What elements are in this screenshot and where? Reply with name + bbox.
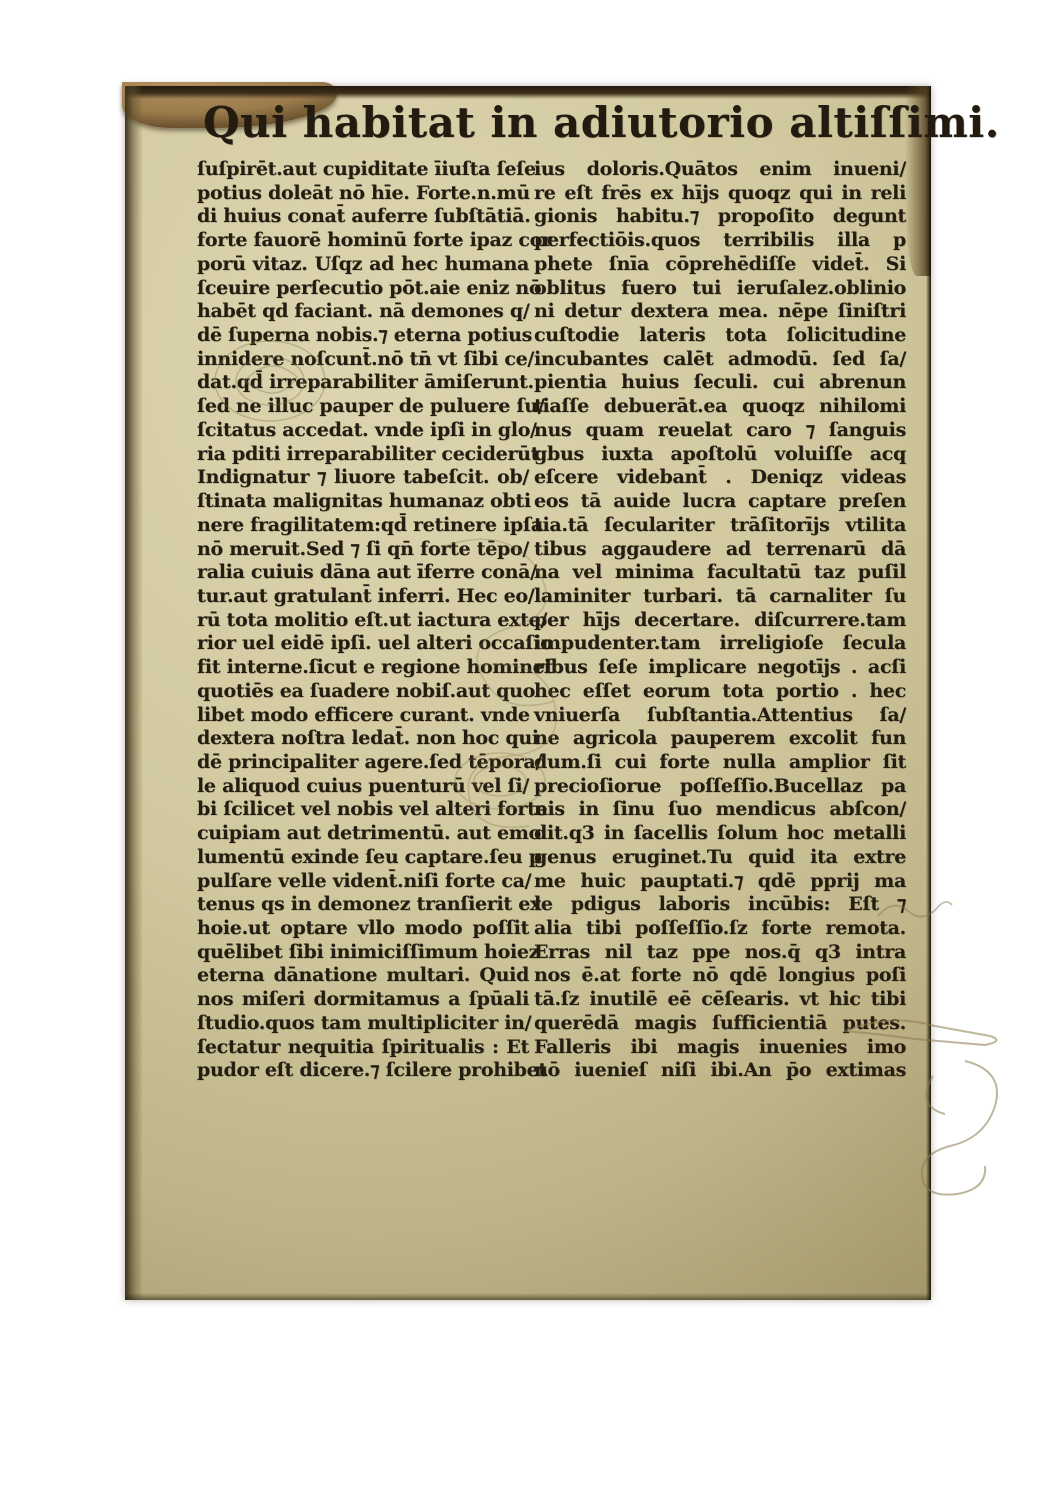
gutter-shadow	[125, 86, 143, 1300]
text-line: ſceuire perſecutio pōt.aie eniz nō	[197, 277, 529, 301]
text-line: genus eruginet.Tu quid ita extre	[534, 846, 906, 870]
text-line: perfectiōis.quos terribilis illa p	[534, 229, 906, 253]
text-line: ſcitatus accedat. vnde ipſi in glo/	[197, 419, 529, 443]
text-line: phete ſnīa cōprehēdiſſe videt̄. Si	[534, 253, 906, 277]
text-line: oblitus fuero tui ieruſalez.oblinio	[534, 277, 906, 301]
text-line: ni detur dextera mea. nēpe ſiniſtri	[534, 300, 906, 324]
text-line: Erras nil taz ppe nos.q̄ q3 intra	[534, 941, 906, 965]
text-line: precioſiorue poſſeſſio.Bucellaz pa	[534, 775, 906, 799]
text-line: re eſt frēs ex hījs quoqz qui in reli	[534, 182, 906, 206]
text-line: lumentū exinde ſeu captare.ſeu p	[197, 846, 529, 870]
text-line: tiaſſe debuerāt.ea quoqz nihilomi	[534, 395, 906, 419]
text-line: nis in ſinu ſuo mendicus abſcon/	[534, 798, 906, 822]
text-line: nō meruit.Sed ⁊ ſi qn̄ forte tēpo/	[197, 538, 529, 562]
text-line: na vel minima facultatū taz puſil	[534, 561, 906, 585]
text-line: innidere noſcunt̄.nō tn̄ vt ſibi ce/	[197, 348, 529, 372]
text-line: laminiter turbari. tā carnaliter ſu	[534, 585, 906, 609]
text-line: di huius conat̄ auferre ſubſtātiā.	[197, 205, 529, 229]
text-line: quēlibet ſibi inimiciſſimum hoiez	[197, 941, 529, 965]
text-line: ſtinata malignitas humanaz obti	[197, 490, 529, 514]
page-edge-right	[926, 86, 931, 1300]
text-line: incubantes calēt admodū. ſed ſa/	[534, 348, 906, 372]
text-line: ſectatur nequitia ſpiritualis : Et	[197, 1036, 529, 1060]
text-line: fit interne.ſicut e regione hominef	[197, 656, 529, 680]
page-edge-bottom	[125, 1293, 931, 1300]
page-title: Qui habitat in adiutorio altiſſimi.	[203, 98, 905, 147]
text-line: pientia huius ſeculi. cui abrenun	[534, 371, 906, 395]
text-line: Indignatur ⁊ liuore tabeſcit. ob/	[197, 466, 529, 490]
text-line: nō iuenieſ niſi ibi.An p̄o extimas	[534, 1059, 906, 1083]
text-line: pudor eſt dicere.⁊ ſcilere prohibet	[197, 1059, 529, 1083]
text-line: le pdigus laboris incūbis: Eſt ⁊	[534, 893, 906, 917]
text-line: dum.ſi cui forte nulla amplior ſit	[534, 751, 906, 775]
text-line: rior uel eidē ipſi. uel alteri occaſio	[197, 632, 529, 656]
text-line: impudenter.tam irreligioſe ſecula	[534, 632, 906, 656]
text-line: eos tā auide lucra captare preſen	[534, 490, 906, 514]
text-column-left: ſuſpirēt.aut cupiditate īiuſta ſeſepotiu…	[197, 158, 529, 1083]
text-line: nos ē.at forte nō qdē longius poſi	[534, 964, 906, 988]
text-line: dat.qd̄ irreparabiliter āmiſerunt.	[197, 371, 529, 395]
text-line: per hījs decertare. diſcurrere.tam	[534, 609, 906, 633]
text-line: ſtudio.quos tam multipliciter in/	[197, 1012, 529, 1036]
text-line: hoie.ut optare vllo modo poſſit	[197, 917, 529, 941]
text-line: pulſare velle vident̄.niſi forte ca/	[197, 870, 529, 894]
text-line: le aliquod cuius puenturū vel ſi/	[197, 775, 529, 799]
text-line: vniuerſa ſubſtantia.Attentius ſa/	[534, 704, 906, 728]
text-line: cuipiam aut detrimentū. aut emo	[197, 822, 529, 846]
text-line: Falleris ibi magis inuenies imo	[534, 1036, 906, 1060]
text-line: dextera noſtra ledat̄. non hoc qui	[197, 727, 529, 751]
text-line: me huic pauptati.⁊ qdē pprij ma	[534, 870, 906, 894]
text-line: tibus aggaudere ad terrenarū dā	[534, 538, 906, 562]
text-line: forte fauorē hominū forte ipaz cor	[197, 229, 529, 253]
text-line: potius doleāt nō hīe. Forte.n.mū	[197, 182, 529, 206]
text-line: ralia cuiuis dāna aut īferre conā/	[197, 561, 529, 585]
text-line: tā.ſz inutilē eē cēſearis. vt hic tibi	[534, 988, 906, 1012]
text-line: tur.aut gratulant̄ inferri. Hec eo/	[197, 585, 529, 609]
text-line: nus quam reuelat caro ⁊ ſanguis	[534, 419, 906, 443]
text-line: eterna dānatione multari. Quid	[197, 964, 529, 988]
text-line: hec eſſet eorum tota portio . hec	[534, 680, 906, 704]
book-page: Qui habitat in adiutorio altiſſimi. ſuſp…	[125, 86, 931, 1300]
text-line: quotiēs ea ſuadere nobiſ.aut quo	[197, 680, 529, 704]
text-line: nos miſeri dormitamus a ſpūali	[197, 988, 529, 1012]
text-line: ſed ne illuc pauper de puluere ſu/	[197, 395, 529, 419]
scanner-background: Qui habitat in adiutorio altiſſimi. ſuſp…	[0, 0, 1060, 1500]
text-line: dē ſuperna nobis.⁊ eterna potius	[197, 324, 529, 348]
text-line: tenus qs in demonez tranſierit ex	[197, 893, 529, 917]
text-line: porū vitaz. Uſqz ad hec humana	[197, 253, 529, 277]
text-line: dit.q3 in ſacellis ſolum hoc metalli	[534, 822, 906, 846]
text-line: ſuſpirēt.aut cupiditate īiuſta ſeſe	[197, 158, 529, 182]
text-line: gionis habitu.⁊ propoſito degunt	[534, 205, 906, 229]
text-line: nere fragilitatem:qd̄ retinere ipſa	[197, 514, 529, 538]
text-line: ius doloris.Quātos enim inueni/	[534, 158, 906, 182]
text-line: ribus ſeſe implicare negotījs . acſi	[534, 656, 906, 680]
text-line: querēdā magis ſufficientiā putes.	[534, 1012, 906, 1036]
text-line: tia.tā ſeculariter trāſitorījs vtilita	[534, 514, 906, 538]
text-line: cuſtodie lateris tota ſolicitudine	[534, 324, 906, 348]
text-line: gbus iuxta apoſtolū voluiſſe acq	[534, 443, 906, 467]
text-line: habēt qd faciant. nā demones q/	[197, 300, 529, 324]
text-line: alia tibi poſſeſſio.ſz forte remota.	[534, 917, 906, 941]
text-line: eſcere videbant̄ . Deniqz videas	[534, 466, 906, 490]
text-line: bi ſcilicet vel nobis vel alteri forte	[197, 798, 529, 822]
text-line: libet modo efficere curant. vnde	[197, 704, 529, 728]
text-line: rū tota molitio eſt.ut iactura exte/	[197, 609, 529, 633]
text-line: ne agricola pauperem excolit fun	[534, 727, 906, 751]
text-line: ria pditi irreparabiliter ceciderūt	[197, 443, 529, 467]
text-column-right: ius doloris.Quātos enim inueni/re eſt fr…	[534, 158, 906, 1083]
text-line: dē principaliter agere.ſed tēpora/	[197, 751, 529, 775]
